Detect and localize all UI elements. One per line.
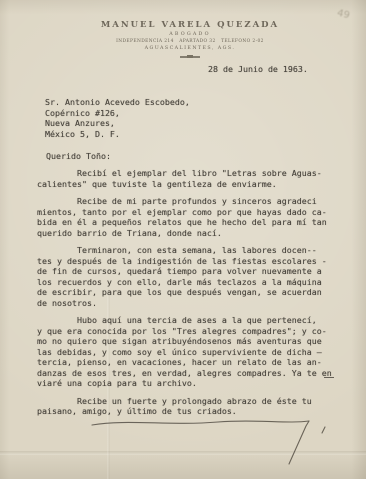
- paragraph-4: Hubo aquí una tercia de ases a la que pe…: [37, 315, 333, 389]
- letterhead-address: INDEPENDENCIA 214 APARTADO 32 TELEFONO 2…: [14, 39, 366, 44]
- letterhead-title: ABOGADO: [14, 32, 366, 37]
- letter-scan: MANUEL VARELA QUEZADA ABOGADO INDEPENDEN…: [0, 0, 366, 479]
- letter-body: Recibí el ejemplar del libro "Letras sob…: [37, 168, 333, 424]
- paragraph-1: Recibí el ejemplar del libro "Letras sob…: [37, 168, 333, 189]
- recipient-address-block: Sr. Antonio Acevedo Escobedo, Copérnico …: [45, 97, 190, 139]
- letterhead-name: MANUEL VARELA QUEZADA: [14, 20, 366, 30]
- signature-flourish-ink: [88, 413, 332, 471]
- letter-date: 28 de Junio de 1963.: [208, 64, 308, 75]
- paragraph-2: Recibe de mi parte profundos y sinceros …: [37, 196, 333, 238]
- salutation: Querido Toño:: [46, 151, 111, 162]
- typed-underline-mark: [324, 377, 334, 378]
- letterhead-ornament: [180, 56, 200, 58]
- paragraph-3: Terminaron, con esta semana, las labores…: [37, 245, 333, 308]
- letterhead: MANUEL VARELA QUEZADA ABOGADO INDEPENDEN…: [14, 20, 366, 58]
- letterhead-city: AGUASCALIENTES, AGS.: [14, 46, 366, 51]
